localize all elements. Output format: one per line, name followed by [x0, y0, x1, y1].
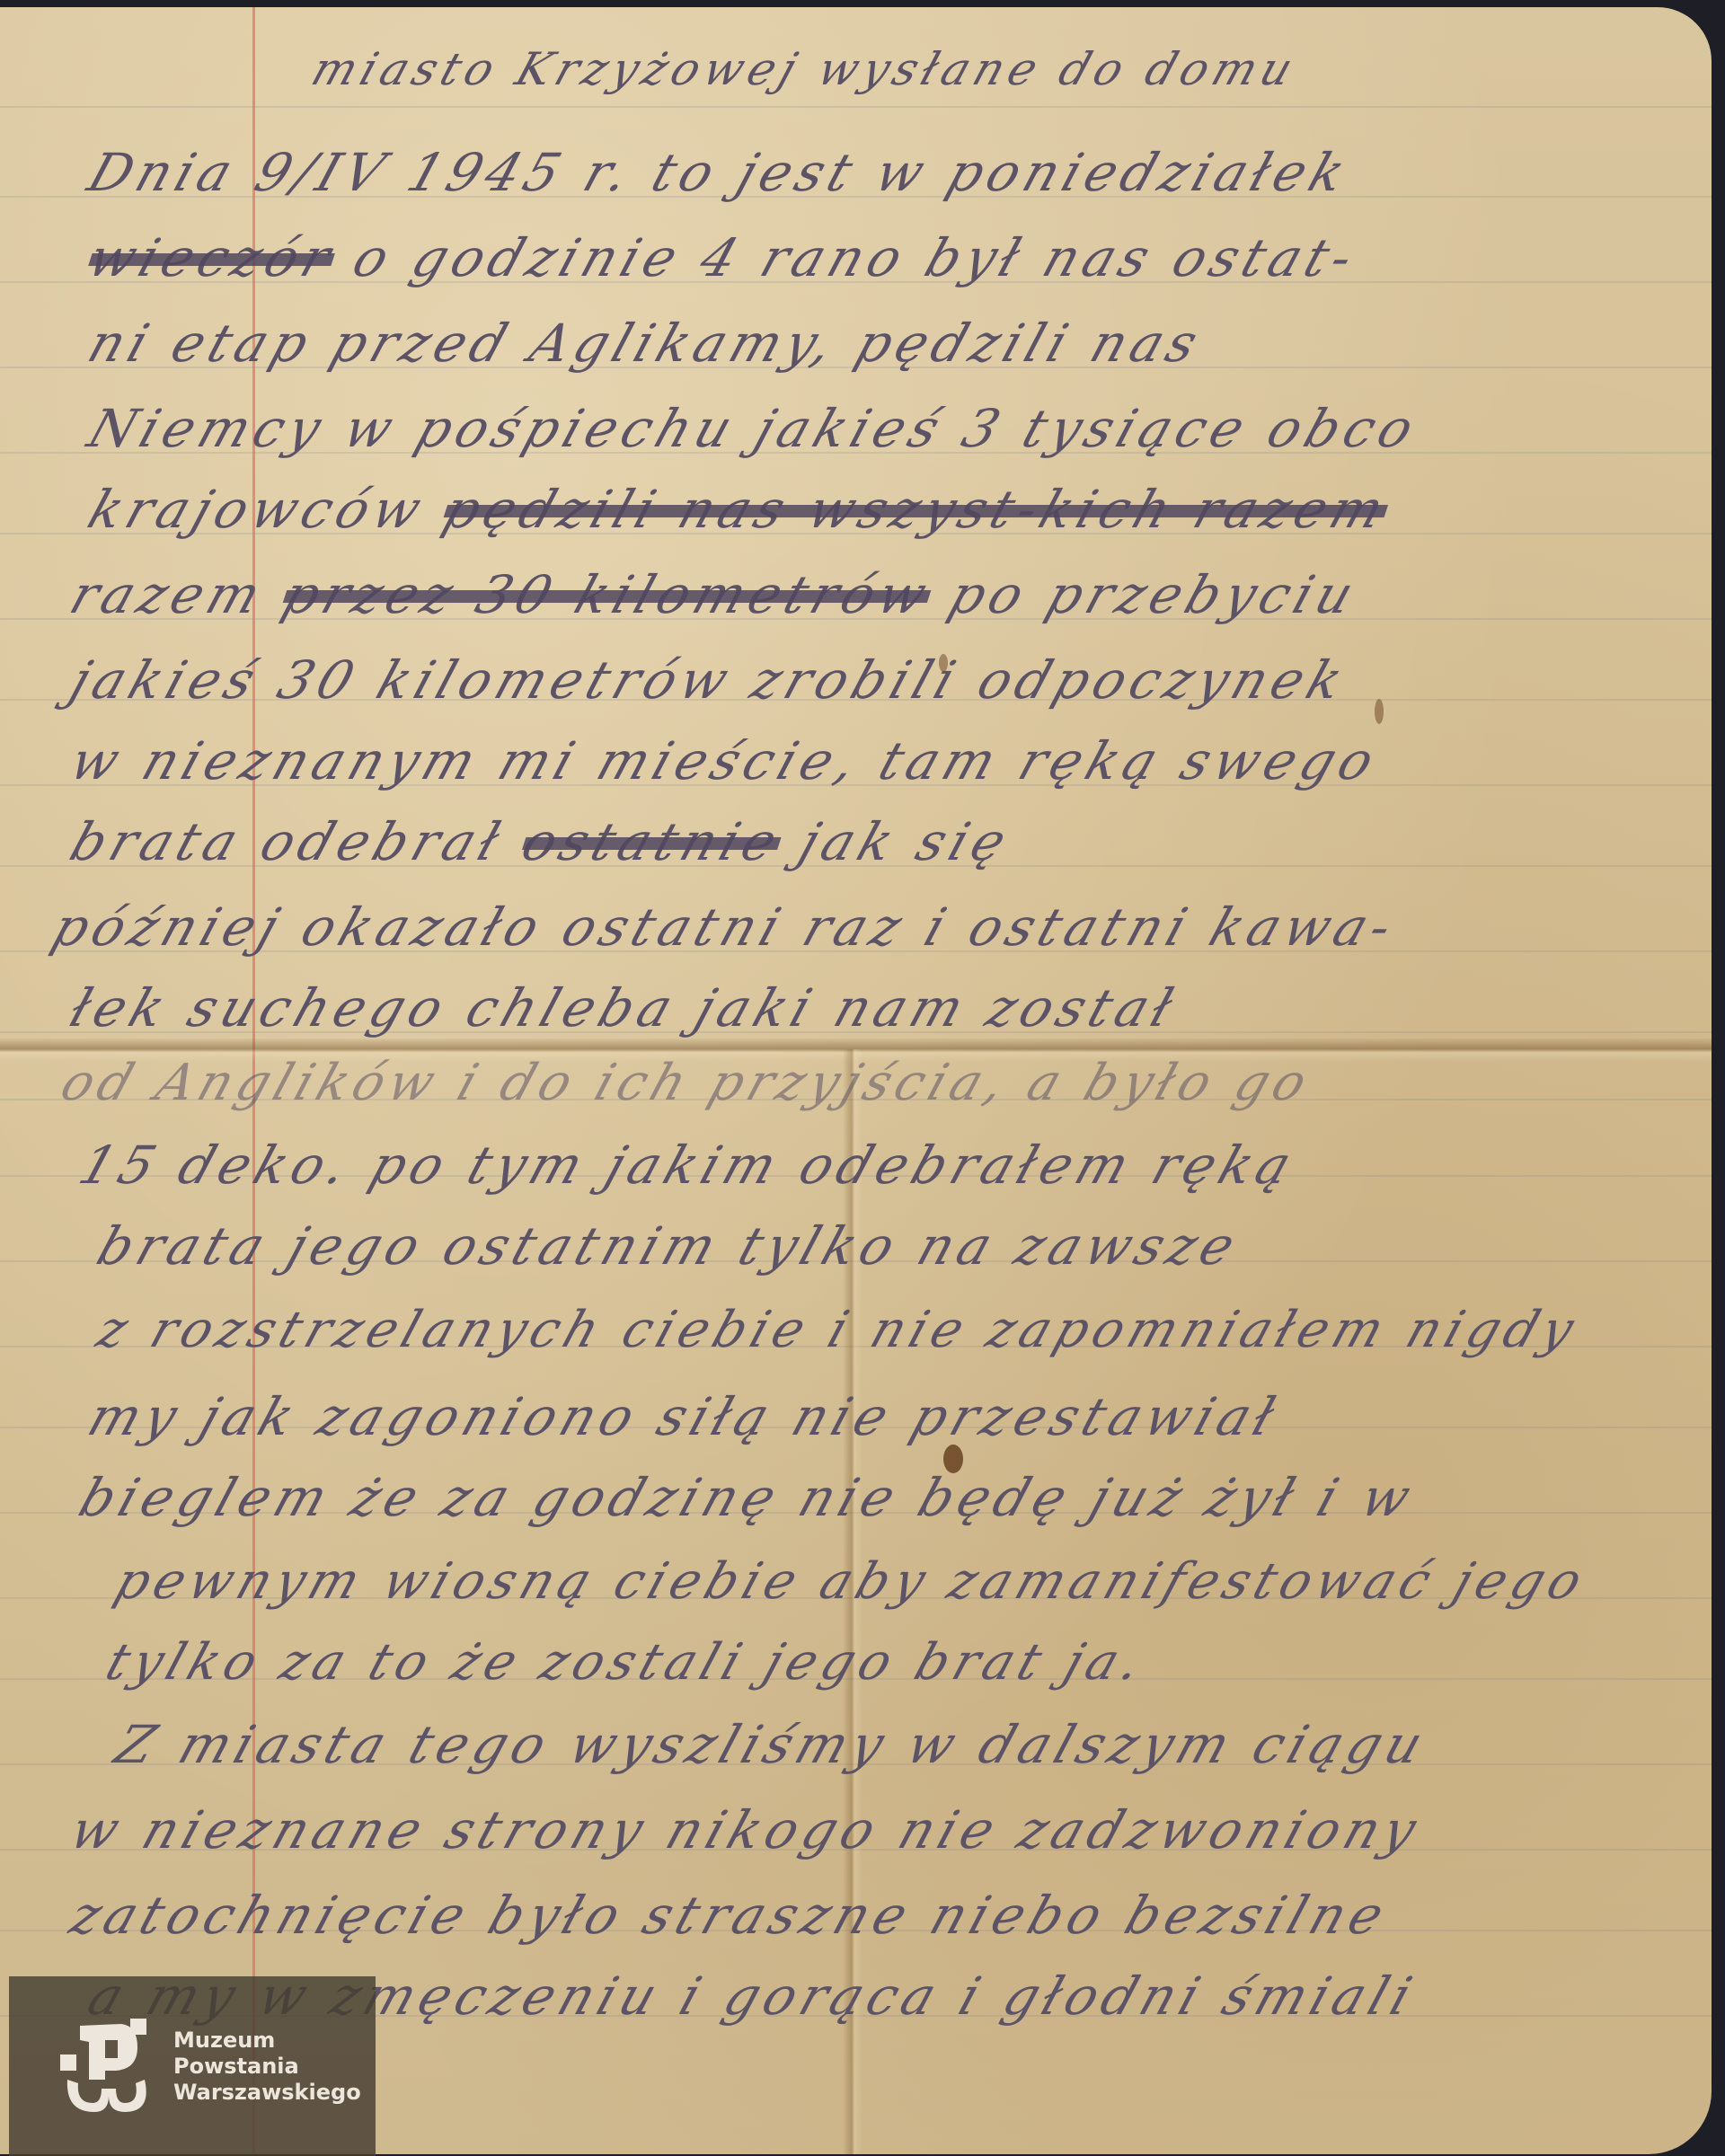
paper-rule	[0, 106, 1712, 108]
letter-header: miasto Krzyżowej wysłane do domu	[305, 43, 1305, 95]
letter-line: krajowców pędzili nas wszyst-kich razem	[81, 479, 1397, 540]
letter-line: my jak zagoniono siłą nie przestawiał	[81, 1386, 1287, 1447]
letter-line: łek suchego chleba jaki nam został	[63, 977, 1185, 1038]
letter-line: brata odebrał ostatnie jak się	[63, 811, 1019, 872]
letter-line: Niemcy w pośpiechu jakieś 3 tysiące obco	[81, 398, 1427, 459]
letter-line: razem przez 30 kilometrów po przebyciu	[63, 564, 1367, 625]
letter-line: pewnym wiosną ciebie aby zamanifestować …	[108, 1552, 1595, 1611]
letter-line: wieczór o godzinie 4 rano był nas ostat-	[81, 227, 1366, 288]
letter-line: Dnia 9/IV 1945 r. to jest w poniedziałek	[81, 142, 1358, 203]
letter-line: tylko za to że zostali jego brat ja.	[99, 1633, 1154, 1692]
letter-line: brata jego ostatnim tylko na zawsze	[90, 1215, 1248, 1277]
letter-line: w nieznane strony nikogo nie zadzwoniony	[63, 1799, 1429, 1860]
letter-page: miasto Krzyżowej wysłane do domu Dnia 9/…	[0, 7, 1712, 2154]
letter-line: jakieś 30 kilometrów zrobili odpoczynek	[63, 649, 1356, 711]
museum-name: Muzeum Powstania Warszawskiego	[173, 2028, 361, 2106]
letter-line: Z miasta tego wyszliśmy w dalszym ciągu	[108, 1714, 1436, 1775]
letter-line: zatochnięcie było straszne niebo bezsiln…	[63, 1885, 1396, 1946]
ink-stain	[1375, 699, 1384, 724]
letter-line: od Anglików i do ich przyjścia, a było g…	[54, 1054, 1319, 1112]
struck-text: wieczór	[81, 227, 343, 288]
struck-text: ostatnie	[515, 811, 790, 872]
letter-line: z rozstrzelanych ciebie i nie zapomniałe…	[90, 1301, 1586, 1359]
letter-line: w nieznanym mi mieście, tam ręką swego	[63, 730, 1387, 791]
letter-line: później okazało ostatni raz i ostatni ka…	[45, 897, 1405, 958]
letter-line: ni etap przed Aglikamy, pędzili nas	[81, 313, 1210, 374]
letter-line: bieglem że za godzinę nie będę już żył i…	[72, 1467, 1423, 1528]
kotwica-anchor-logo-icon	[58, 2017, 157, 2116]
struck-text: przez 30 kilometrów	[276, 564, 940, 625]
letter-line: 15 deko. po tym jakim odebrałem ręką	[72, 1135, 1305, 1196]
struck-text: pędzili nas wszyst-kich razem	[436, 479, 1396, 540]
museum-watermark: Muzeum Powstania Warszawskiego	[9, 1976, 376, 2156]
